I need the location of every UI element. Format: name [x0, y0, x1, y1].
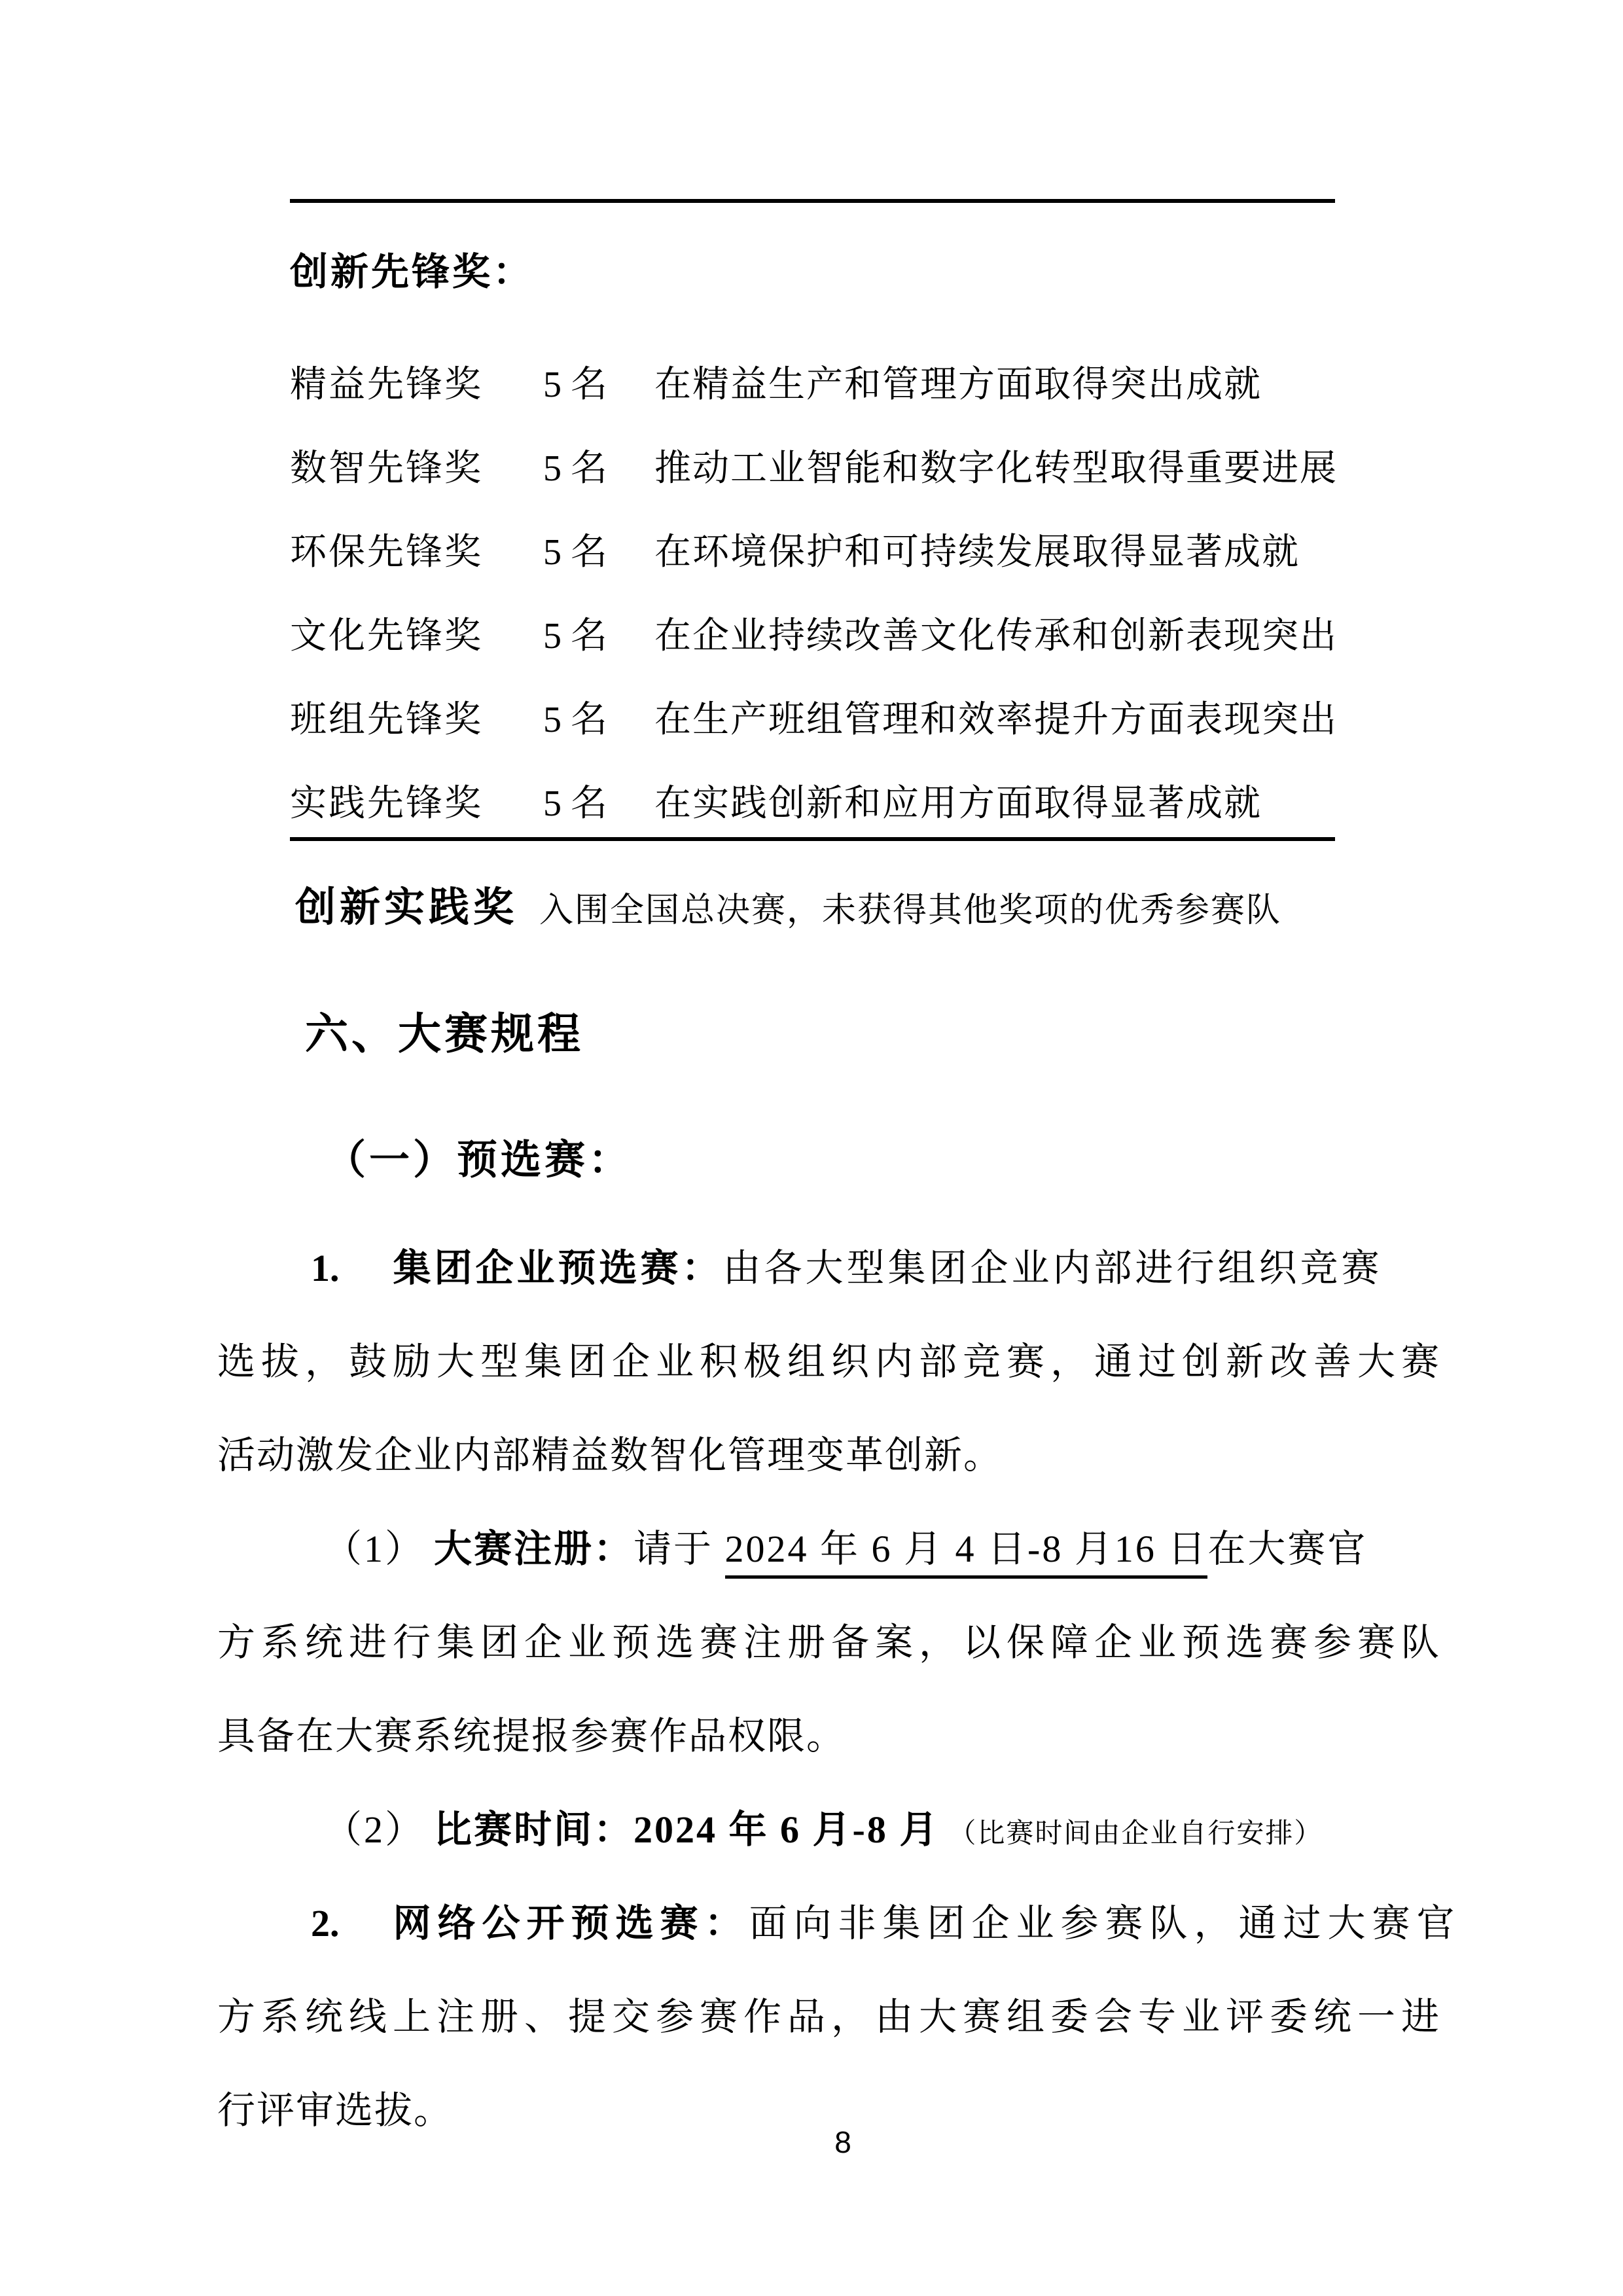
- practice-award-name: 创新实践奖: [295, 874, 518, 933]
- award-name: 数智先锋奖: [290, 439, 543, 492]
- section-heading: 六、大赛规程: [305, 999, 584, 1061]
- practice-award-description: 入围全国总决赛，未获得其他奖项的优秀参赛队: [539, 882, 1281, 931]
- run-text: 由各大型集团企业内部进行组织竞赛: [723, 1247, 1383, 1289]
- award-description: 在企业持续改善文化传承和创新表现突出: [654, 607, 1338, 659]
- run-text: 在大赛官: [1207, 1528, 1367, 1570]
- document-page: 创新先锋奖： 精益先锋奖 5 名 在精益生产和管理方面取得突出成就 数智先锋奖 …: [0, 0, 1623, 2296]
- award-description: 在实践创新和应用方面取得显著成就: [654, 774, 1262, 827]
- underlined-date-range: 2024 年 6 月 4 日-8 月16 日: [725, 1528, 1208, 1579]
- list-number: （1）: [324, 1528, 425, 1570]
- list-number: 2.: [311, 1902, 340, 1945]
- paragraph-line: 1.集团企业预选赛：由各大型集团企业内部进行组织竞赛: [311, 1237, 1383, 1292]
- subsection-heading: （一）预选赛：: [325, 1127, 632, 1185]
- run-text: 请于: [633, 1528, 725, 1570]
- run-bold-label: 集团企业预选赛：: [393, 1247, 723, 1289]
- paragraph-line: 活动激发企业内部精益数智化管理变革创新。: [217, 1424, 1003, 1479]
- award-name: 文化先锋奖: [290, 607, 543, 659]
- award-row: 文化先锋奖 5 名 在企业持续改善文化传承和创新表现突出: [290, 607, 1338, 659]
- award-row: 环保先锋奖 5 名 在环境保护和可持续发展取得显著成就: [290, 523, 1300, 575]
- paragraph-line: 2.网络公开预选赛：面向非集团企业参赛队，通过大赛官: [311, 1892, 1461, 1947]
- award-row: 班组先锋奖 5 名 在生产班组管理和效率提升方面表现突出: [290, 691, 1338, 743]
- run-bold-label: 比赛时间：2024 年 6 月-8 月: [434, 1808, 939, 1851]
- award-quota: 5 名: [543, 607, 654, 659]
- award-row: 精益先锋奖 5 名 在精益生产和管理方面取得突出成就: [290, 355, 1262, 408]
- award-name: 实践先锋奖: [290, 774, 543, 827]
- award-quota: 5 名: [543, 355, 654, 408]
- award-row: 数智先锋奖 5 名 推动工业智能和数字化转型取得重要进展: [290, 439, 1338, 492]
- paragraph-line: 具备在大赛系统提报参赛作品权限。: [217, 1705, 846, 1760]
- paragraph-line: （2）比赛时间：2024 年 6 月-8 月（比赛时间由企业自行安排）: [324, 1799, 1323, 1854]
- award-name: 班组先锋奖: [290, 691, 543, 743]
- award-description: 推动工业智能和数字化转型取得重要进展: [654, 439, 1338, 492]
- page-number: 8: [31, 2125, 1623, 2160]
- paragraph-line: 方系统进行集团企业预选赛注册备案，以保障企业预选赛参赛队: [217, 1611, 1445, 1666]
- award-quota: 5 名: [543, 523, 654, 575]
- run-bold-label: 大赛注册：: [434, 1528, 633, 1570]
- award-quota: 5 名: [543, 774, 654, 827]
- paragraph-line: 方系统线上注册、提交参赛作品，由大赛组委会专业评委统一进: [217, 1986, 1445, 2041]
- award-quota: 5 名: [543, 691, 654, 743]
- run-bold-label: 网络公开预选赛：: [393, 1902, 749, 1945]
- award-name: 环保先锋奖: [290, 523, 543, 575]
- table-top-rule: [290, 199, 1335, 203]
- award-description: 在环境保护和可持续发展取得显著成就: [654, 523, 1300, 575]
- paragraph-line: （1）大赛注册：请于 2024 年 6 月 4 日-8 月16 日在大赛官: [324, 1518, 1367, 1573]
- awards-table-title: 创新先锋奖：: [290, 241, 533, 296]
- list-number: 1.: [311, 1247, 340, 1289]
- award-description: 在精益生产和管理方面取得突出成就: [654, 355, 1262, 408]
- inline-note: （比赛时间由企业自行安排）: [948, 1819, 1323, 1849]
- paragraph-line: 选拔，鼓励大型集团企业积极组织内部竞赛，通过创新改善大赛: [217, 1331, 1445, 1386]
- table-bottom-rule: [290, 837, 1335, 841]
- award-description: 在生产班组管理和效率提升方面表现突出: [654, 691, 1338, 743]
- list-number: （2）: [324, 1808, 425, 1851]
- award-quota: 5 名: [543, 439, 654, 492]
- award-name: 精益先锋奖: [290, 355, 543, 408]
- award-row: 实践先锋奖 5 名 在实践创新和应用方面取得显著成就: [290, 774, 1262, 827]
- run-text: 面向非集团企业参赛队，通过大赛官: [749, 1902, 1461, 1945]
